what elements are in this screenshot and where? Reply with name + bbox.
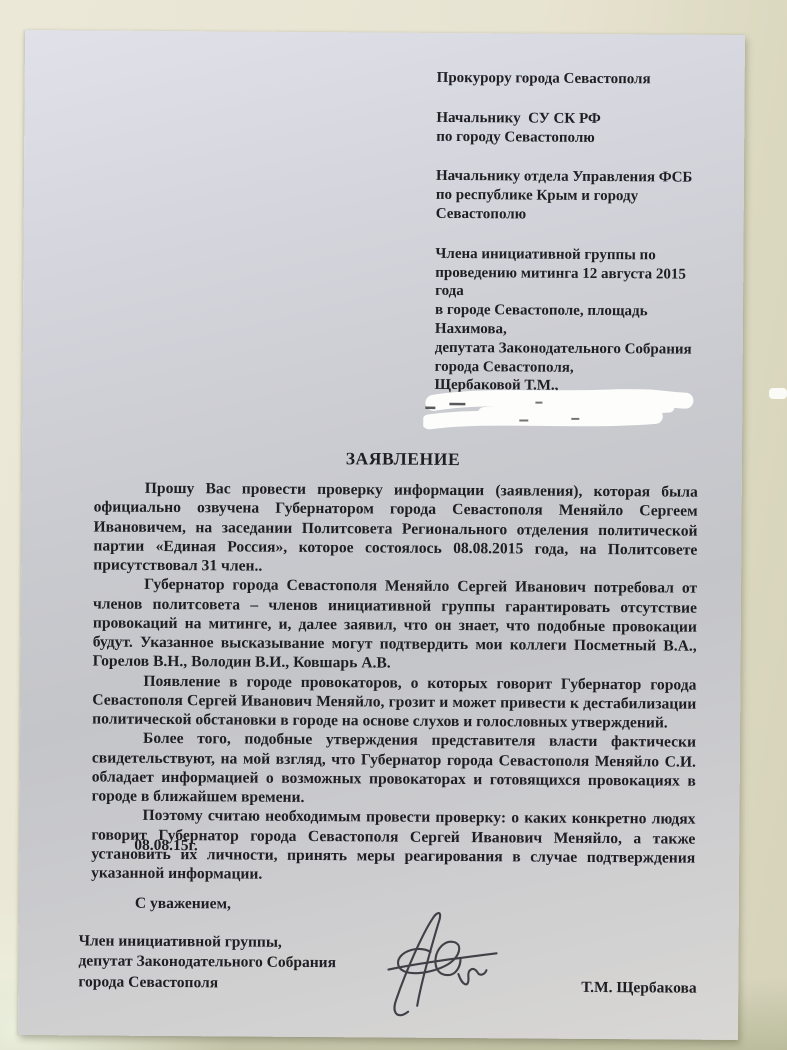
statement-body: Прошу Вас провести проверку информации (… xyxy=(91,478,698,886)
body-paragraph: Губернатор города Севастополя Меняйло Се… xyxy=(93,575,698,675)
body-paragraph: Более того, подобные утверждения предста… xyxy=(92,729,697,810)
sender-line: года xyxy=(435,282,692,303)
recipient-line: Начальнику отдела Управления ФСБ xyxy=(436,167,693,188)
sender-line: Нахимова, xyxy=(435,320,692,341)
handwritten-signature xyxy=(370,907,503,1026)
body-paragraph: Прошу Вас провести проверку информации (… xyxy=(93,478,698,578)
recipient-line: по городу Севастополю xyxy=(436,127,693,148)
statement-title: ЗАЯВЛЕНИЕ xyxy=(22,446,742,472)
recipient-line: Севастополю xyxy=(436,205,693,226)
date-line: 08.08.15г. xyxy=(134,837,198,855)
recipient-line: по республике Крым и городу xyxy=(436,186,693,207)
redaction-whiteout-mark xyxy=(423,388,695,442)
signer-role-block: Член инициативной группы, депутат Законо… xyxy=(78,931,336,994)
body-paragraph: Появление в городе провокаторов, о котор… xyxy=(92,671,696,733)
signer-role-line: города Севастополя xyxy=(78,972,336,994)
photo-background: Прокурору города Севастополя Начальнику … xyxy=(0,0,787,1050)
recipient-prosecutor: Прокурору города Севастополя xyxy=(437,69,694,90)
sender-line: проведению митинга 12 августа 2015 xyxy=(435,263,692,284)
document-paper: Прокурору города Севастополя Начальнику … xyxy=(18,30,745,1040)
signer-role-line: депутат Законодательного Собрания xyxy=(78,952,336,974)
sender-identification: Члена инициативной группы по проведению … xyxy=(434,245,692,397)
closing-line: С уважением, xyxy=(135,895,231,914)
recipient-investigative-committee: Начальнику СУ СК РФ по городу Севастопол… xyxy=(436,109,693,148)
sender-line: депутата Законодательного Собрания xyxy=(435,339,692,360)
sender-line: в городе Севастополе, площадь xyxy=(435,301,692,322)
sender-line: города Севастополя, xyxy=(435,357,692,378)
recipient-line: Прокурору города Севастополя xyxy=(437,69,694,90)
sender-line: Члена инициативной группы по xyxy=(435,245,692,266)
signer-role-line: Член инициативной группы, xyxy=(79,931,337,953)
signer-name: Т.М. Щербакова xyxy=(581,979,696,998)
whiteout-speck xyxy=(769,388,787,399)
recipient-line: Начальнику СУ СК РФ xyxy=(436,109,693,130)
recipient-address-block: Прокурору города Севастополя Начальнику … xyxy=(434,69,693,418)
recipient-fsb: Начальнику отдела Управления ФСБ по респ… xyxy=(436,167,693,225)
